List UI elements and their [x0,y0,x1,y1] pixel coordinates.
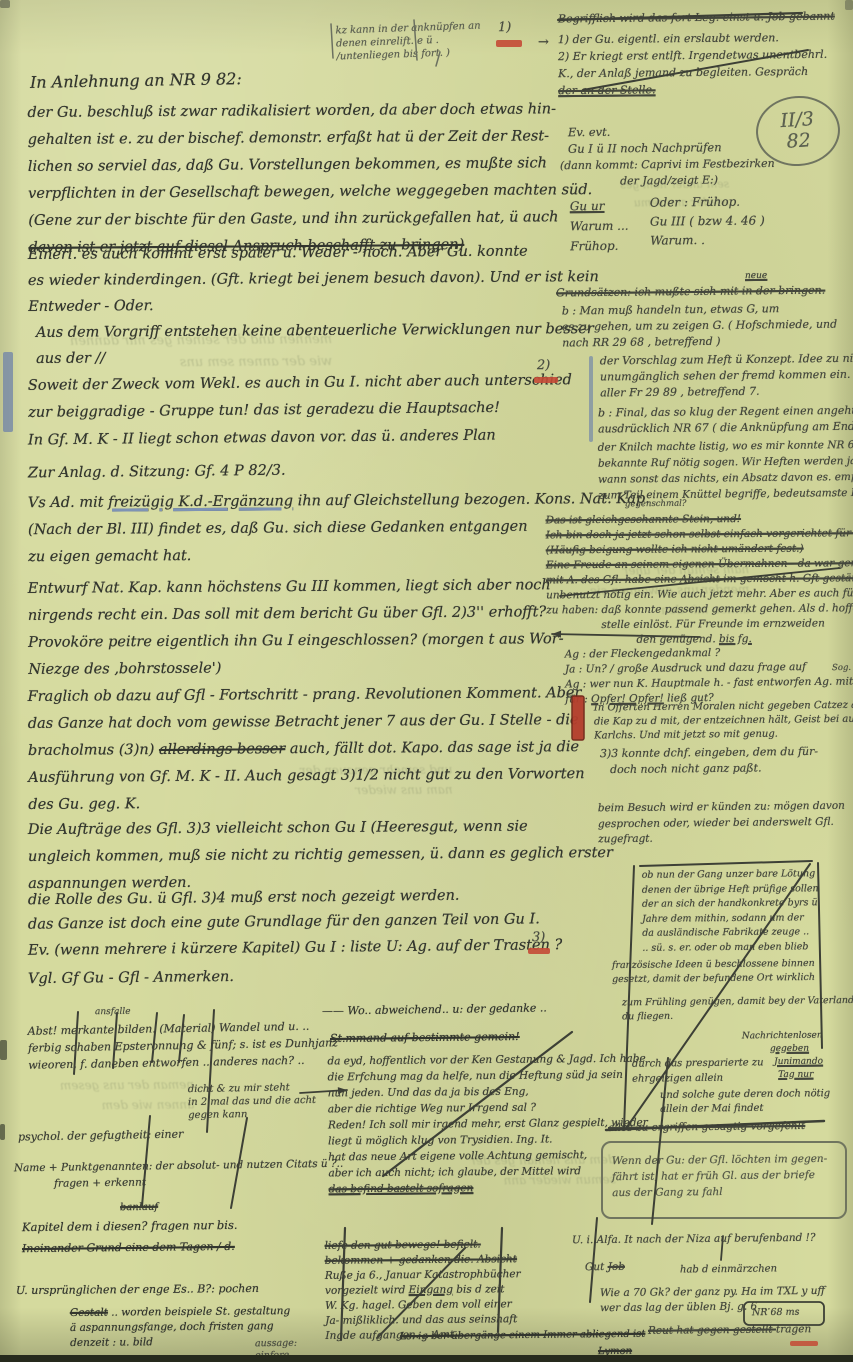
para-2: Einerl. es auch kommt erst später ü. Wed… [28,238,599,320]
handwriting-line: denen der übrige Heft prüfige sollen [642,882,819,898]
scan-edge-shadow [0,1355,853,1362]
bl-cluster-3: Name + Punktgenannten: der absolut- und … [14,1156,344,1193]
handwriting-line: NR 68 ms [752,1306,800,1320]
manuscript-page: mehnen und der seinen ges mir dannenwie … [0,0,853,1362]
handwriting-line: aller Fr 29 89 , betreffend 7. [600,383,853,402]
handwriting-line: zugefragt. [598,830,845,848]
para-12: das Ganze ist doch eine gute Grundlage f… [28,909,540,935]
r-33konnte: 3)3 konnte dchf. eingeben, dem du für-do… [600,744,818,778]
handwriting-line: (dann kommt: Caprivi im Festbezirken [560,156,775,174]
handwriting-line: U. ursprünglichen der enge Es.. B?: poch… [16,1281,259,1299]
handwriting-line: Karlchs. Und mit jetzt so mit genug. [594,726,853,743]
bl-cluster-1: Abst! merkante bilden. (Material) Wandel… [28,1017,339,1073]
handwriting-line: W. Kg. hagel. Geben dem voll einer [325,1297,521,1314]
bl-cluster-2: psychol. der gefugtheit; einer [18,1127,184,1146]
handwriting-line: Wie a 70 Gk? der ganz py. Ha im TXL y uf… [600,1284,825,1301]
handwriting-line: fährt ist, hat er früh Gl. aus der brief… [612,1167,828,1185]
handwriting-line: die Kap zu d mit, der entzeichnen hält, … [594,712,853,729]
mb-struck-bottom: Ls. ig ber übergänge einem Immer abliege… [400,1327,645,1345]
handwriting-line: Fraglich ob dazu auf Gfl - Fortschritt -… [28,680,585,711]
handwriting-line: und solche gute deren doch nötig [660,1087,830,1103]
handwriting-line: das Ganze hat doch vom gewisse Betracht … [28,707,585,738]
r-col-right: Oder : Frühop.Gu III ( bzw 4. 46 )Warum.… [650,192,765,250]
handwriting-line: es zu gehen, um zu zeigen G. ( Hofschmie… [562,317,837,336]
handwriting-line: Jahre dem mithin, sodann um der [642,911,819,927]
handwriting-line: K., der Anlaß jemand zu begleiten. Gespr… [558,63,827,82]
handwriting-line: Sog. [832,662,851,674]
handwriting-line: Reut hat gegen gestellt tragen [648,1322,811,1339]
r-pencil-box-text: Wenn der Gu: der Gfl. löchten im gegen-f… [612,1151,828,1201]
bl-struck-line: Ineinander Grund eine dem Tagen / d. [22,1239,235,1257]
handwriting-line: Ev. evt. [568,124,611,141]
r-numbered: 1) der Gu. eigentl. ein erslaubt werden.… [558,29,828,99]
handwriting-line: fragen + erkennt [14,1172,344,1193]
handwriting-line: ob nun der Gang unzer bare Lötung [642,867,819,883]
r-arrow-glyph: → [538,33,549,52]
marker-1: 1) [498,18,512,37]
handwriting-line: du fliegen. [622,1007,853,1023]
handwriting-line: unumgänglich sehen der fremd kommen ein.… [600,367,853,386]
para-6: Zur Anlag. d. Sitzung: Gf. 4 P 82/3. [28,461,286,485]
r-boxed-2: französische Ideen ü beschlossene binnen… [612,957,815,987]
handwriting-line: Ag : wer nun K. Hauptmale h. - fast entw… [565,674,853,692]
para-9: Fraglich ob dazu auf Gfl - Fortschritt -… [28,680,585,819]
r-struck-top: Begrifflich wird das fort Leg. einst u. … [558,9,835,28]
handwriting-line: der Jagd/zeigt E:) [560,172,775,190]
handwriting-line: Begrifflich wird das fort Leg. einst u. … [558,9,835,28]
handwriting-line: Kapitel dem i diesen? fragen nur bis. [22,1217,238,1236]
handwriting-line: in 2 mal das und die acht [188,1094,316,1109]
handwriting-line: der an sich der handkonkrete byrs ü [642,896,819,912]
mb-head: —— Wo.. abweichend.. u: der gedanke .. [322,1000,547,1019]
handwriting-line: gegen kann [188,1107,316,1122]
r-b3: b : Final, das so klug der Regent einen … [598,403,853,438]
handwriting-line: Entweder - Oder. [28,290,599,320]
handwriting-line: es wieder kinderdingen. (Gft. kriegt bei… [28,264,599,294]
r-neue: neue [745,270,767,283]
handwriting-line: durch das presparierte zu [632,1055,764,1071]
handwriting-line: das befind bastelt sofragen [328,1179,648,1198]
handwriting-line: Ausführung von Gf. M. K - II. Auch gesag… [28,761,585,792]
handwriting-line: 3) [532,928,546,947]
r-besuch: beim Besuch wird er künden zu: mögen dav… [598,799,846,848]
handwriting-line: Ruße ja 6., Januar Katastrophbücher [325,1267,521,1284]
para-5: In Gf. M. K - II liegt schon etwas davon… [28,426,496,452]
marker-3: 3) [532,928,546,947]
handwriting-line: In Anlehnung an NR 9 82: [30,68,242,94]
handwriting-line: .. sü. s. er. oder ob man eben blieb [642,940,819,956]
para-10: Die Aufträge des Gfl. 3)3 vielleicht sch… [28,813,613,898]
mb-para: da eyd, hoffentlich vor der Ken Gestanun… [327,1051,648,1198]
r-mai: und solche gute deren doch nötigallein d… [660,1087,831,1117]
handwriting-line: ehrgeizigen allein [632,1070,764,1086]
handwriting-line: neue [745,270,767,283]
handwriting-line: nirgends recht ein. Das soll mit dem ber… [28,599,564,630]
note-top-center: kz kann in der anknüpfen andenen einreli… [335,19,481,63]
handwriting-line: Entwurf Nat. Kap. kann höchstens Gu III … [28,572,564,603]
para-14: Vgl. Gf Gu - Gfl - Anmerken. [28,967,234,990]
handwriting-line: Gu ur [570,196,629,217]
handwriting-line: das Ganze ist doch eine gute Grundlage f… [28,909,540,935]
handwriting-line: ausdrücklich NR 67 ( die Anknüpfung am E… [598,419,853,438]
handwriting-line: Ineinander Grund eine dem Tagen / d. [22,1239,235,1257]
handwriting-line: Warum. . [650,230,765,250]
handwriting-line: gesprochen oder, wieder bei anderswelt G… [598,814,845,832]
handwriting-line: stelle einlöst. Für Freunde im ernzweide… [546,616,853,634]
r-nr-box-text: NR 68 ms [752,1306,800,1320]
handwriting-line: Vgl. Gf Gu - Gfl - Anmerken. [28,967,234,990]
r-nachpruefen: Gu I ü II noch Nachprüfen [568,139,722,158]
handwriting-line: liefe den gut bewege! befielt. [325,1237,521,1254]
handwriting-line: ansfalle [95,1006,131,1019]
r-ag: Ag : der Fleckengedankmal ?Ja : Un? / gr… [565,644,853,707]
r-hab: hab d einmärzchen [680,1261,777,1277]
handwriting-line: die Rolle des Gu. ü Gfl. 3)4 muß erst no… [28,886,460,912]
handwriting-line: Warum ... [570,216,629,237]
mb-struck-head: St.mmand auf bestimmte gemein! [330,1029,520,1047]
para-8: Entwurf Nat. Kap. kann höchstens Gu III … [28,572,564,684]
r-struck-block: Das ist gleichgeschannte Stein, und!Ich … [546,511,853,649]
handwriting-line: nach RR 29 68 , betreffend ) [562,333,837,352]
handwriting-line: die Erfchung mag da helfe, nun die Heftu… [328,1067,648,1086]
handwriting-line: 3)3 konnte dchf. eingeben, dem du für- [600,744,818,762]
r-gut: Gut Job [585,1260,625,1275]
handwriting-line: alles zu ergriffen gesagtig vorgefehlt [608,1119,805,1136]
r-ev: Ev. evt. [568,124,611,141]
para-1: der Gu. beschluß ist zwar radikalisiert … [27,96,592,262]
handwriting-line: der Gu. beschluß ist zwar radikalisiert … [27,96,591,127]
handwriting-line: doch noch nicht ganz paßt. [600,760,818,778]
bl-cluster-5: U. ursprünglichen der enge Es.. B?: poch… [16,1281,259,1299]
r-boxed: ob nun der Gang unzer bare Lötungdenen d… [642,867,820,956]
para-4: Soweit der Zweck vom Wekl. es auch in Gu… [28,367,573,427]
r-alfa: U. i. Alfa. It nach der Niza auf berufen… [572,1231,816,1249]
handwriting-line: bracholmus (3)n) allerdings besser auch,… [28,734,585,765]
para-11: die Rolle des Gu. ü Gfl. 3)4 muß erst no… [28,886,460,912]
r-small-above: gegenschmal? [625,498,687,511]
r-ehrgeizig: durch das presparierte zuehrgeizigen all… [632,1055,764,1086]
handwriting-line: (Gene zur der bischte für den Gaste, und… [28,204,592,235]
handwriting-line: vorgezielt wird Eingang bis d zeit [325,1282,521,1299]
bl-small-word: ansfalle [95,1006,131,1019]
para-3: Aus dem Vorgriff entstehen keine abenteu… [36,316,594,372]
handwriting-line: gesetzt, damit der befundene Ort wirklic… [612,971,815,987]
handwriting-line: lichen so serviel das, daß Gu. Vorstellu… [28,150,592,181]
handwriting-layer: kz kann in der anknüpfen andenen einreli… [0,0,853,1362]
r-struck-alles: alles zu ergriffen gesagtig vorgefehlt [608,1119,805,1136]
heading-line: In Anlehnung an NR 9 82: [30,68,242,94]
r-col-left: Gu urWarum ...Frühop. [570,196,629,257]
handwriting-line: Grundsätzen: ich mußte sich mit in der b… [556,283,825,302]
handwriting-line: Die Aufträge des Gfl. 3)3 vielleicht sch… [28,813,613,844]
handwriting-line: → [538,33,549,52]
handwriting-line: St.mmand auf bestimmte gemein! [330,1029,520,1047]
bl-struck-word: banlauf [120,1200,158,1215]
handwriting-line: gegenschmal? [625,498,687,511]
handwriting-line: Einerl. es auch kommt erst später ü. Wed… [28,238,599,268]
handwriting-line: 1) [498,18,512,37]
handwriting-line: Gut Job [585,1260,625,1275]
r-struck-mid: Grundsätzen: ich mußte sich mit in der b… [556,283,825,302]
handwriting-line: —— Wo.. abweichend.. u: der gedanke .. [322,1000,547,1019]
handwriting-line: In Gf. M. K - II liegt schon etwas davon… [28,426,496,452]
r-offerten: In Offerten Herren Moralen nicht gegeben… [594,698,853,743]
handwriting-line: Ich bin doch ja jetzt schon selbst einfa… [546,526,853,544]
handwriting-line: allein der Mai findet [660,1101,830,1117]
handwriting-line: Frühop. [570,236,629,257]
handwriting-line: U. i. Alfa. It nach der Niza auf berufen… [572,1231,816,1249]
handwriting-line: zur beiggradige - Gruppe tun! das ist ge… [28,394,572,427]
handwriting-line: ungleich kommen, muß sie nicht zu richti… [28,840,613,871]
handwriting-line: aussage: [255,1338,297,1350]
handwriting-line: da ausländische Fabrikate zeuge .. [642,925,819,941]
handwriting-line: aus der Gang zu fahl [612,1183,828,1201]
handwriting-line: psychol. der gefugtheit; einer [18,1127,184,1146]
marker-2: 2) [537,356,551,375]
handwriting-line: verpflichten in der Gesellschaft bewegen… [28,177,592,208]
handwriting-line: Reden! Ich soll mir irgend mehr, erst Gl… [328,1115,648,1134]
handwriting-line: banlauf [120,1200,158,1215]
handwriting-line: gegeben [742,1043,823,1057]
stamp-line-2: 82 [786,130,812,153]
r-b4: der Knilch machte listig, wo es mir konn… [598,436,853,503]
handwriting-line: Ja- mißliklich. und das aus seinshaft [325,1312,521,1329]
handwriting-line: Aus dem Vorgriff entstehen keine abenteu… [36,316,594,346]
handwriting-line: Oder : Frühop. [650,192,765,212]
bl-note-right: dicht & zu mir stehtin 2 mal das und die… [188,1081,317,1122]
r-b2: der Vorschlag zum Heft ü Konzept. Idee z… [600,351,853,402]
handwriting-line: Gu I ü II noch Nachprüfen [568,139,722,158]
handwriting-line: Niezge des ‚bohrstossele') [28,653,564,684]
handwriting-line: 2) [537,356,551,375]
r-boxed-3: zum Frühling genügen, damit bey der Vate… [622,994,853,1024]
bl-cluster-4: Kapitel dem i diesen? fragen nur bis. [22,1217,238,1236]
handwriting-line: ä aspannungsfange, doch fristen gang [70,1319,291,1336]
handwriting-line: Zur Anlag. d. Sitzung: Gf. 4 P 82/3. [28,461,286,485]
handwriting-line: Ls. ig ber übergänge einem Immer abliege… [400,1327,645,1345]
handwriting-line: Ev. (wenn mehrere i kürzere Kapitel) Gu … [28,935,563,962]
para-13: Ev. (wenn mehrere i kürzere Kapitel) Gu … [28,935,563,962]
handwriting-line: Gu III ( bzw 4. 46 ) [650,211,765,231]
handwriting-line: bekommen + gedanken die. Absicht [325,1252,521,1269]
r-b1: b : Man muß handeln tun, etwas G, umes z… [562,301,838,352]
r-bottom-struck: Reut hat gegen gestellt tragen [648,1322,811,1339]
handwriting-line: zum Frühling genügen, damit bey der Vate… [622,994,853,1010]
handwriting-line: gehalten ist e. zu der bischef. demonstr… [28,123,592,154]
handwriting-line: hab d einmärzchen [680,1261,777,1277]
r-sog: Sog. [832,662,851,674]
r-dannkommt: (dann kommt: Caprivi im Festbezirkender … [560,156,775,190]
handwriting-line: Provoköre peitre eigentlich ihn Gu I ein… [28,626,564,657]
handwriting-line: Nachrichtenlosen [742,1030,823,1044]
